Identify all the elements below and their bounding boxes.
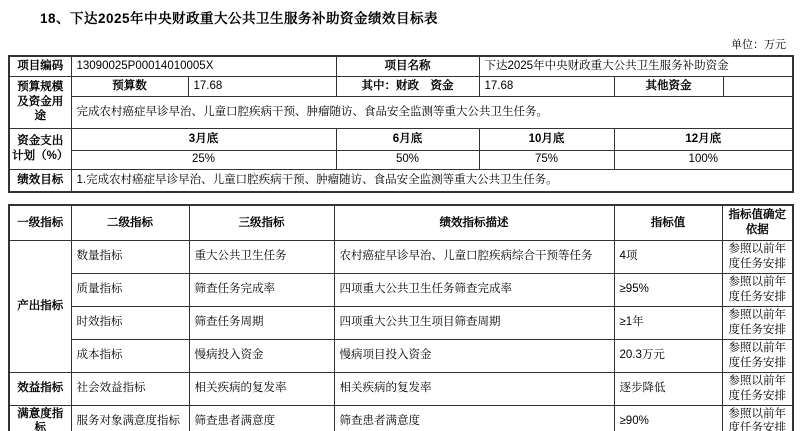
header-level3: 三级指标 <box>189 205 334 240</box>
budget-section-label: 预算规模及资金用途 <box>9 76 71 128</box>
page-title: 18、下达2025年中央财政重大公共卫生服务补助资金绩效目标表 <box>40 7 792 27</box>
level2-cell: 成本指标 <box>71 339 189 372</box>
project-name-label: 项目名称 <box>336 56 479 76</box>
indicator-row: 满意度指标 服务对象满意度指标 筛查患者满意度 筛查患者满意度 ≥90% 参照以… <box>9 405 793 431</box>
budget-label: 预算数 <box>71 76 188 96</box>
basis-cell: 参照以前年度任务安排 <box>722 240 793 273</box>
indicator-row: 效益指标 社会效益指标 相关疾病的复发率 相关疾病的复发率 逐步降低 参照以前年… <box>9 372 793 405</box>
fiscal-fund-label: 其中：财政 资金 <box>336 76 479 96</box>
value-cell: 逐步降低 <box>614 372 722 405</box>
performance-goal-label: 绩效目标 <box>9 169 71 192</box>
spend-period-october: 10月底 <box>479 128 614 150</box>
level3-cell: 筛查任务完成率 <box>189 273 334 306</box>
spend-value-december: 100% <box>614 150 793 169</box>
level3-cell: 相关疾病的复发率 <box>189 372 334 405</box>
spend-value-october: 75% <box>479 150 614 169</box>
spend-period-june: 6月底 <box>336 128 479 150</box>
level2-cell: 数量指标 <box>71 240 189 273</box>
value-cell: 4项 <box>614 240 722 273</box>
indicator-table: 一级指标 二级指标 三级指标 绩效指标描述 指标值 指标值确定依据 产出指标 数… <box>8 204 794 431</box>
value-cell: 20.3万元 <box>614 339 722 372</box>
project-info-table: 项目编码 13090025P00014010005X 项目名称 下达2025年中… <box>8 55 794 193</box>
basis-cell: 参照以前年度任务安排 <box>722 306 793 339</box>
fund-usage-text: 完成农村癌症早诊早治、儿童口腔疾病干预、肿瘤随访、食品安全监测等重大公共卫生任务… <box>71 96 793 128</box>
document-page: 18、下达2025年中央财政重大公共卫生服务补助资金绩效目标表 单位：万元 项目… <box>0 0 800 431</box>
level3-cell: 重大公共卫生任务 <box>189 240 334 273</box>
header-level2: 二级指标 <box>71 205 189 240</box>
spend-plan-label: 资金支出计划（%） <box>9 128 71 169</box>
indicator-row: 质量指标 筛查任务完成率 四项重大公共卫生任务筛查完成率 ≥95% 参照以前年度… <box>9 273 793 306</box>
header-value: 指标值 <box>614 205 722 240</box>
performance-goal-text: 1.完成农村癌症早诊早治、儿童口腔疾病干预、肿瘤随访、食品安全监测等重大公共卫生… <box>71 169 793 192</box>
indicator-row: 产出指标 数量指标 重大公共卫生任务 农村癌症早诊早治、儿童口腔疾病综合干预等任… <box>9 240 793 273</box>
level3-cell: 慢病投入资金 <box>189 339 334 372</box>
spend-value-march: 25% <box>71 150 336 169</box>
other-fund-label: 其他资金 <box>614 76 723 96</box>
basis-cell: 参照以前年度任务安排 <box>722 273 793 306</box>
level1-satisfaction: 满意度指标 <box>9 405 71 431</box>
level2-cell: 社会效益指标 <box>71 372 189 405</box>
fiscal-fund-value: 17.68 <box>479 76 614 96</box>
level3-cell: 筛查任务周期 <box>189 306 334 339</box>
basis-cell: 参照以前年度任务安排 <box>722 339 793 372</box>
level1-benefit: 效益指标 <box>9 372 71 405</box>
level2-cell: 质量指标 <box>71 273 189 306</box>
project-name-value: 下达2025年中央财政重大公共卫生服务补助资金 <box>479 56 793 76</box>
description-cell: 相关疾病的复发率 <box>334 372 614 405</box>
value-cell: ≥90% <box>614 405 722 431</box>
header-description: 绩效指标描述 <box>334 205 614 240</box>
value-cell: ≥95% <box>614 273 722 306</box>
indicator-row: 时效指标 筛查任务周期 四项重大公共卫生项目筛查周期 ≥1年 参照以前年度任务安… <box>9 306 793 339</box>
description-cell: 慢病项目投入资金 <box>334 339 614 372</box>
header-basis: 指标值确定依据 <box>722 205 793 240</box>
basis-cell: 参照以前年度任务安排 <box>722 372 793 405</box>
description-cell: 四项重大公共卫生项目筛查周期 <box>334 306 614 339</box>
description-cell: 四项重大公共卫生任务筛查完成率 <box>334 273 614 306</box>
value-cell: ≥1年 <box>614 306 722 339</box>
other-fund-value <box>723 76 793 96</box>
budget-value: 17.68 <box>188 76 336 96</box>
project-code-label: 项目编码 <box>9 56 71 76</box>
project-code-value: 13090025P00014010005X <box>71 56 336 76</box>
unit-note: 单位：万元 <box>8 36 786 52</box>
description-cell: 农村癌症早诊早治、儿童口腔疾病综合干预等任务 <box>334 240 614 273</box>
spend-period-december: 12月底 <box>614 128 793 150</box>
description-cell: 筛查患者满意度 <box>334 405 614 431</box>
level2-cell: 时效指标 <box>71 306 189 339</box>
level2-cell: 服务对象满意度指标 <box>71 405 189 431</box>
spend-value-june: 50% <box>336 150 479 169</box>
basis-cell: 参照以前年度任务安排 <box>722 405 793 431</box>
spend-period-march: 3月底 <box>71 128 336 150</box>
level3-cell: 筛查患者满意度 <box>189 405 334 431</box>
header-level1: 一级指标 <box>9 205 71 240</box>
level1-output: 产出指标 <box>9 240 71 372</box>
indicator-row: 成本指标 慢病投入资金 慢病项目投入资金 20.3万元 参照以前年度任务安排 <box>9 339 793 372</box>
